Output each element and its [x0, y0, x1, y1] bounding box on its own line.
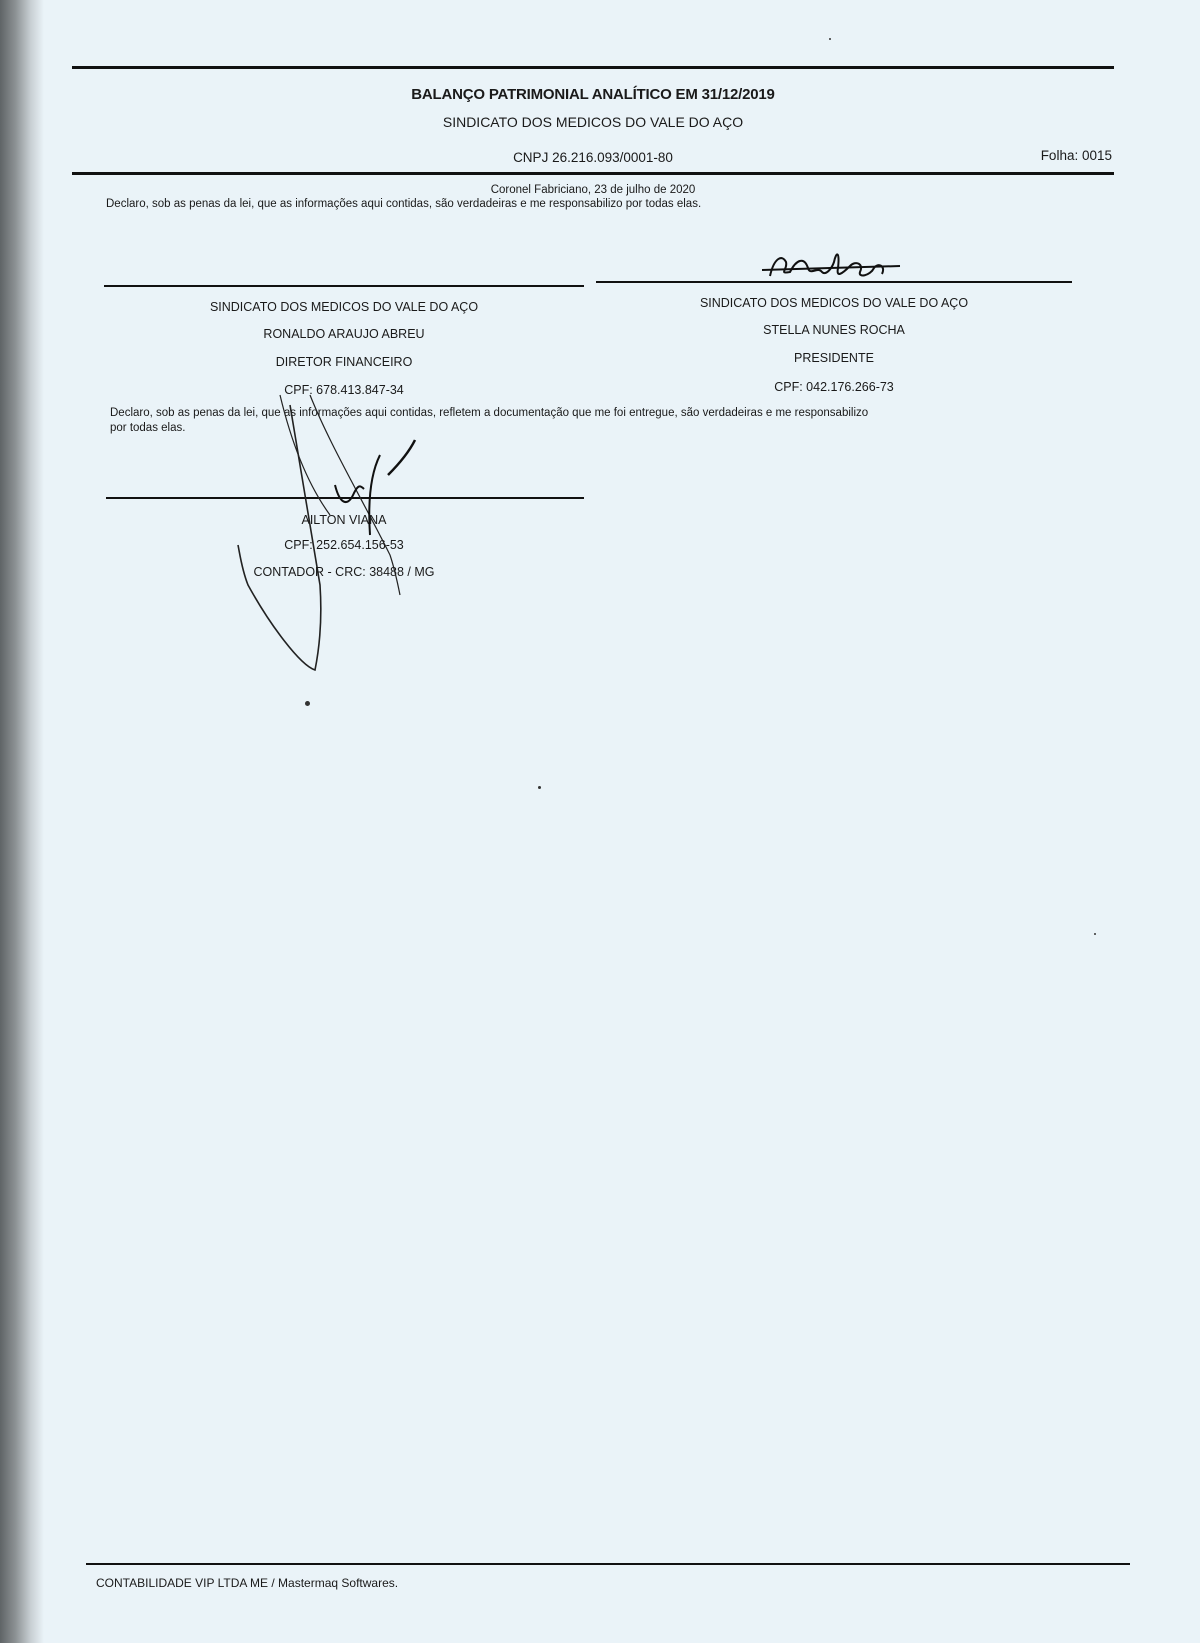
signature-ailton-icon: [220, 385, 450, 675]
footer-rule: [86, 1563, 1130, 1565]
accountant-registration: CONTADOR - CRC: 38488 / MG: [104, 565, 584, 579]
scan-speck: [1094, 933, 1096, 935]
header-bottom-rule: [72, 172, 1114, 175]
document-title: BALANÇO PATRIMONIAL ANALÍTICO EM 31/12/2…: [72, 86, 1114, 103]
accountant-cpf: CPF: 252.654.156-53: [104, 538, 584, 552]
scan-shadow-edge: [0, 0, 44, 1643]
entity-name: SINDICATO DOS MEDICOS DO VALE DO AÇO: [72, 114, 1114, 130]
signatory-2-name: STELLA NUNES ROCHA: [596, 323, 1072, 337]
signatory-2-entity: SINDICATO DOS MEDICOS DO VALE DO AÇO: [596, 296, 1072, 310]
signatory-1-name: RONALDO ARAUJO ABREU: [104, 327, 584, 341]
signature-stella-icon: [760, 248, 910, 288]
scan-speck: [305, 701, 310, 706]
accountant-name: AILTON VIANA: [104, 513, 584, 527]
footer-text: CONTABILIDADE VIP LTDA ME / Mastermaq So…: [96, 1576, 398, 1590]
signatory-2-cpf: CPF: 042.176.266-73: [596, 380, 1072, 394]
signatory-2-role: PRESIDENTE: [596, 351, 1072, 365]
signatory-1-entity: SINDICATO DOS MEDICOS DO VALE DO AÇO: [104, 300, 584, 314]
signatory-1-role: DIRETOR FINANCEIRO: [104, 355, 584, 369]
cnpj: CNPJ 26.216.093/0001-80: [72, 150, 1114, 165]
declaration-text-2-line-2: por todas elas.: [110, 422, 185, 434]
scan-speck: [829, 38, 831, 40]
header-top-rule: [72, 66, 1114, 69]
sheet-number: Folha: 0015: [1041, 148, 1112, 163]
scan-speck: [538, 786, 541, 789]
declaration-text-1: Declaro, sob as penas da lei, que as inf…: [106, 198, 701, 210]
place-date: Coronel Fabriciano, 23 de julho de 2020: [72, 184, 1114, 196]
signature-line-left: [104, 285, 584, 287]
